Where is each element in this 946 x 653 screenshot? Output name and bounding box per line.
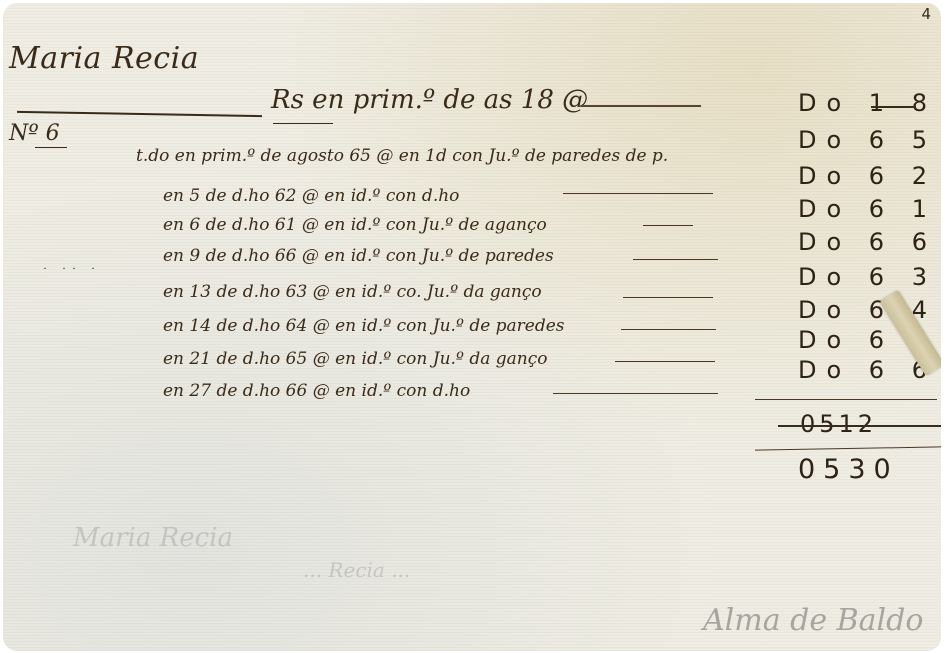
sum-divider bbox=[755, 399, 937, 400]
amount-value: Do 6 6 bbox=[798, 228, 937, 256]
divider bbox=[17, 111, 262, 117]
margin-marks: · ·· · bbox=[43, 261, 101, 276]
divider bbox=[581, 105, 701, 107]
ledger-entry: t.do en prim.º de agosto 65 @ en 1d con … bbox=[136, 146, 668, 166]
divider bbox=[643, 225, 693, 226]
amount-value: Do 6 3 bbox=[798, 263, 937, 291]
ledger-heading: Rs en prim.º de as 18 @ bbox=[271, 85, 588, 115]
struck-subtotal: 0512 bbox=[800, 410, 877, 438]
divider bbox=[621, 329, 716, 330]
divider bbox=[623, 297, 713, 298]
amount-value: Do 1 8 bbox=[798, 89, 937, 117]
ledger-entry: en 5 de d.ho 62 @ en id.º con d.ho bbox=[163, 186, 459, 206]
manuscript-page: Maria Recia ... Recia ... Alma de Baldo … bbox=[3, 3, 941, 651]
divider bbox=[553, 393, 718, 394]
ledger-entry: en 13 de d.ho 63 @ en id.º co. Ju.º da g… bbox=[163, 282, 542, 302]
account-ref: Nº 6 bbox=[9, 121, 60, 146]
ledger-entry: en 14 de d.ho 64 @ en id.º con Ju.º de p… bbox=[163, 316, 565, 336]
bleed-through-text: Alma de Baldo bbox=[703, 603, 923, 638]
sum-divider bbox=[755, 446, 941, 450]
strikethrough-line bbox=[778, 425, 941, 427]
ledger-entry: en 27 de d.ho 66 @ en id.º con d.ho bbox=[163, 381, 470, 401]
amount-value: Do 6 5 bbox=[798, 126, 937, 154]
amount-value: Do 6 2 bbox=[798, 162, 937, 190]
divider bbox=[615, 361, 715, 362]
divider bbox=[633, 259, 718, 260]
amount-value: Do 6 1 bbox=[798, 195, 937, 223]
bleed-through-text: Maria Recia bbox=[73, 523, 233, 553]
divider bbox=[273, 123, 333, 124]
account-name: Maria Recia bbox=[9, 41, 199, 76]
divider bbox=[871, 106, 916, 108]
ledger-entry: en 6 de d.ho 61 @ en id.º con Ju.º de ag… bbox=[163, 215, 547, 235]
ledger-entry: en 21 de d.ho 65 @ en id.º con Ju.º da g… bbox=[163, 349, 547, 369]
folio-number: 4 bbox=[921, 5, 931, 23]
bleed-through-text: ... Recia ... bbox=[303, 558, 410, 582]
divider bbox=[35, 147, 67, 148]
ledger-entry: en 9 de d.ho 66 @ en id.º con Ju.º de pa… bbox=[163, 246, 554, 266]
divider bbox=[563, 193, 713, 194]
ledger-total: 0530 bbox=[798, 454, 899, 485]
